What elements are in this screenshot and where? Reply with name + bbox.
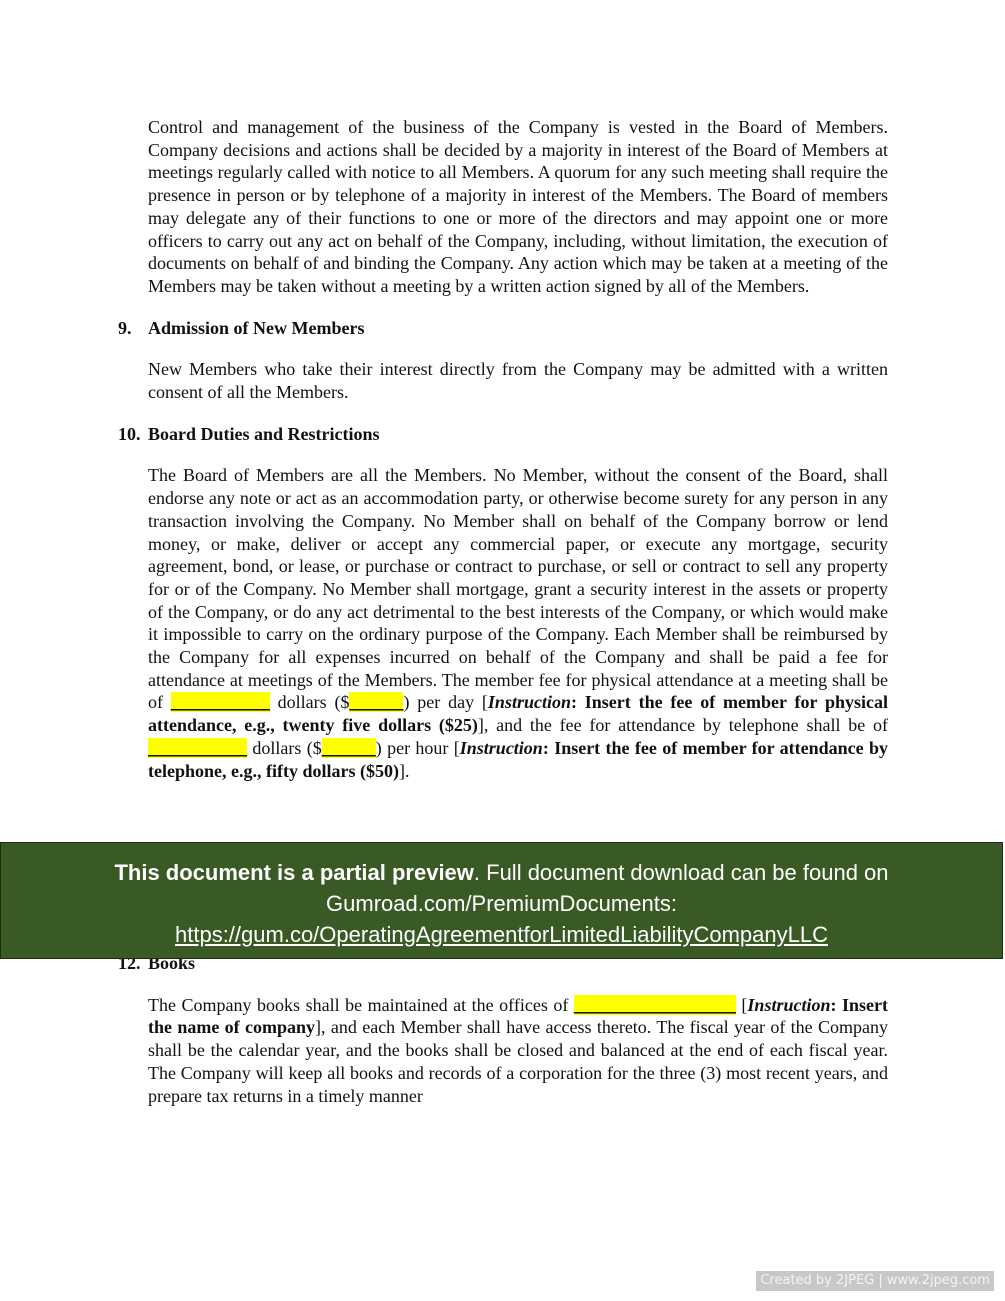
blank-telephone-fee-words[interactable]: ___________ (148, 738, 247, 758)
body-text: ], and the fee for attendance by telepho… (478, 715, 888, 735)
body-text: ) per hour [ (376, 738, 460, 758)
section-heading-10: 10. Board Duties and Restrictions (118, 423, 888, 446)
document-page: Control and management of the business o… (0, 0, 1005, 1301)
instruction-label: Instruction (488, 692, 571, 712)
body-text: ]. (399, 761, 410, 781)
section-heading-9: 9. Admission of New Members (118, 317, 888, 340)
blank-telephone-fee-amount[interactable]: ______ (322, 738, 376, 758)
body-text: dollars ($ (247, 738, 322, 758)
section-10-body: The Board of Members are all the Members… (148, 464, 888, 782)
banner-message: This document is a partial preview. Full… (1, 857, 1002, 919)
body-text: ) per day [ (403, 692, 487, 712)
management-paragraph: Control and management of the business o… (148, 116, 888, 298)
section-title: Admission of New Members (148, 317, 364, 340)
body-text: dollars ($ (270, 692, 350, 712)
instruction-label: Instruction (460, 738, 543, 758)
section-number: 10. (118, 423, 148, 446)
download-link[interactable]: https://gum.co/OperatingAgreementforLimi… (175, 922, 828, 947)
blank-physical-fee-amount[interactable]: ______ (349, 692, 403, 712)
blank-company-name[interactable]: __________________ (574, 995, 736, 1015)
partial-preview-banner: This document is a partial preview. Full… (0, 842, 1003, 959)
section-number: 9. (118, 317, 148, 340)
blank-physical-fee-words[interactable]: ___________ (171, 692, 270, 712)
section-9-body: New Members who take their interest dire… (148, 358, 888, 403)
watermark: Created by 2JPEG | www.2jpeg.com (756, 1271, 994, 1291)
body-text: The Board of Members are all the Members… (148, 465, 888, 712)
banner-bold-text: This document is a partial preview (114, 860, 473, 885)
section-12-body: The Company books shall be maintained at… (148, 994, 888, 1108)
instruction-label: Instruction (747, 995, 830, 1015)
body-text: The Company books shall be maintained at… (148, 995, 574, 1015)
section-title: Board Duties and Restrictions (148, 423, 380, 446)
